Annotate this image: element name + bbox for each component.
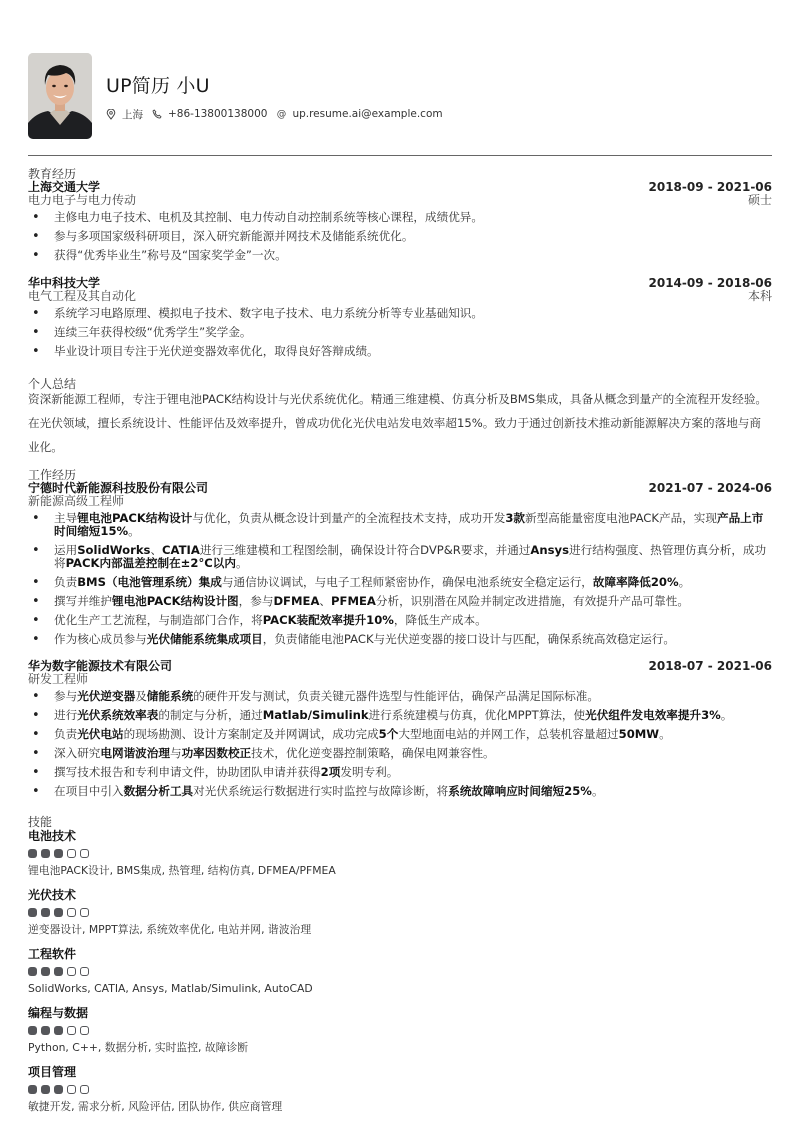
summary-text: 资深新能源工程师，专注于锂电池PACK结构设计与光伏系统优化。精通三维建模、仿真… <box>28 387 772 459</box>
skill-description: 逆变器设计, MPPT算法, 系统效率优化, 电站并网, 谐波治理 <box>28 923 772 936</box>
contact-phone[interactable]: +86-13800138000 <box>152 108 267 120</box>
skill-item: 项目管理敏捷开发, 需求分析, 风险评估, 团队协作, 供应商管理 <box>28 1065 772 1113</box>
bullet-item: 撰写技术报告和专利申请文件，协助团队申请并获得2项发明专利。 <box>28 766 772 779</box>
highlight-text: 光伏逆变器 <box>77 689 135 703</box>
bullet-list: 主修电力电子技术、电机及其控制、电力传动自动控制系统等核心课程，成绩优异。 参与… <box>28 211 772 262</box>
highlight-text: CATIA <box>162 543 200 557</box>
bullet-text: 、 <box>150 543 162 557</box>
bullet-item: 在项目中引入数据分析工具对光伏系统运行数据进行实时监控与故障诊断，将系统故障响应… <box>28 785 772 798</box>
education-entry: 华中科技大学 2014-09 - 2018-06 电气工程及其自动化 本科 系统… <box>28 277 772 364</box>
bullet-text: 进行三维建模和工程图绘制，确保设计符合DVP&R要求，并通过 <box>200 543 531 557</box>
date-range: 2021-07 - 2024-06 <box>649 482 773 495</box>
phone-text: +86-13800138000 <box>168 108 267 120</box>
bullet-text: ，降低生产成本。 <box>394 613 487 627</box>
bullet-text: 撰写并维护 <box>54 594 112 608</box>
highlight-text: 3款 <box>505 511 525 525</box>
bullet-text: 进行系统建模与仿真，优化MPPT算法，使 <box>369 708 586 722</box>
highlight-text: 2项 <box>321 765 341 779</box>
phone-icon <box>152 109 162 119</box>
bullet-item: 获得“优秀毕业生”称号及“国家奖学金”一次。 <box>28 249 772 262</box>
resume-header: UP简历 小U 上海 +86-13800138000 @ up.resume.a… <box>28 53 452 139</box>
bullet-item: 毕业设计项目专注于光伏逆变器效率优化，取得良好答辩成绩。 <box>28 345 772 358</box>
skill-name: 工程软件 <box>28 947 772 961</box>
highlight-text: 储能系统 <box>147 689 193 703</box>
bullet-text: 。 <box>659 727 671 741</box>
empty-dot-icon <box>80 908 89 917</box>
bullet-text: 。 <box>592 784 604 798</box>
bullet-text: 作为核心成员参与 <box>54 632 147 646</box>
skill-name: 编程与数据 <box>28 1006 772 1020</box>
bullet-text: 优化生产工艺流程，与制造部门合作，将 <box>54 613 263 627</box>
highlight-text: SolidWorks <box>77 543 150 557</box>
bullet-list: 系统学习电路原理、模拟电子技术、数字电子技术、电力系统分析等专业基础知识。 连续… <box>28 307 772 358</box>
highlight-text: 故障率降低20% <box>593 575 679 589</box>
filled-dot-icon <box>41 908 50 917</box>
job-title: 研发工程师 <box>28 673 88 686</box>
filled-dot-icon <box>28 1026 37 1035</box>
bullet-item: 撰写并维护锂电池PACK结构设计图，参与DFMEA、PFMEA分析，识别潜在风险… <box>28 595 772 608</box>
filled-dot-icon <box>41 1026 50 1035</box>
header-divider <box>28 155 772 156</box>
bullet-item: 负责BMS（电池管理系统）集成与通信协议调试，与电子工程师紧密协作，确保电池系统… <box>28 576 772 589</box>
highlight-text: Matlab/Simulink <box>263 708 369 722</box>
highlight-text: 光伏组件发电效率提升3% <box>585 708 721 722</box>
bullet-list: 主导锂电池PACK结构设计与优化，负责从概念设计到量产的全流程技术支持，成功开发… <box>28 512 772 646</box>
education-section: 教育经历 上海交通大学 2018-09 - 2021-06 电力电子与电力传动 … <box>28 167 772 268</box>
skill-name: 光伏技术 <box>28 888 772 902</box>
bullet-text: 技术，优化逆变器控制策略，确保电网兼容性。 <box>251 746 494 760</box>
bullet-item: 深入研究电网谐波治理与功率因数校正技术，优化逆变器控制策略，确保电网兼容性。 <box>28 747 772 760</box>
work-section: 工作经历 宁德时代新能源科技股份有限公司 2021-07 - 2024-06 新… <box>28 468 772 652</box>
bullet-text: 。 <box>236 556 248 570</box>
bullet-text: 负责 <box>54 727 77 741</box>
degree: 本科 <box>748 290 772 303</box>
bullet-text: 运用 <box>54 543 77 557</box>
empty-dot-icon <box>67 967 76 976</box>
bullet-text: 的硬件开发与测试，负责关键元器件选型与性能评估，确保产品满足国际标准。 <box>193 689 599 703</box>
bullet-item: 主修电力电子技术、电机及其控制、电力传动自动控制系统等核心课程，成绩优异。 <box>28 211 772 224</box>
filled-dot-icon <box>54 849 63 858</box>
job-title: 新能源高级工程师 <box>28 495 124 508</box>
email-text: up.resume.ai@example.com <box>292 108 442 120</box>
location-text: 上海 <box>122 107 143 122</box>
bullet-item: 优化生产工艺流程，与制造部门合作，将PACK装配效率提升10%，降低生产成本。 <box>28 614 772 627</box>
bullet-text: 。 <box>721 708 733 722</box>
skill-description: Python, C++, 数据分析, 实时监控, 故障诊断 <box>28 1041 772 1054</box>
bullet-item: 运用SolidWorks、CATIA进行三维建模和工程图绘制，确保设计符合DVP… <box>28 544 772 570</box>
education-entry: 上海交通大学 2018-09 - 2021-06 电力电子与电力传动 硕士 主修… <box>28 181 772 262</box>
bullet-item: 参与光伏逆变器及储能系统的硬件开发与测试，负责关键元器件选型与性能评估，确保产品… <box>28 690 772 703</box>
date-range: 2018-07 - 2021-06 <box>649 660 773 673</box>
empty-dot-icon <box>80 1026 89 1035</box>
bullet-text: 深入研究 <box>54 746 100 760</box>
contact-location: 上海 <box>106 107 143 122</box>
bullet-text: 及 <box>135 689 147 703</box>
bullet-text: 撰写技术报告和专利申请文件，协助团队申请并获得 <box>54 765 321 779</box>
at-icon: @ <box>276 109 286 119</box>
skill-level-rating <box>28 967 772 976</box>
empty-dot-icon <box>80 1085 89 1094</box>
skill-item: 电池技术锂电池PACK设计, BMS集成, 热管理, 结构仿真, DFMEA/P… <box>28 829 772 877</box>
bullet-item: 进行光伏系统效率表的制定与分析，通过Matlab/Simulink进行系统建模与… <box>28 709 772 722</box>
highlight-text: BMS（电池管理系统）集成 <box>77 575 222 589</box>
bullet-text: 发明专利。 <box>340 765 398 779</box>
bullet-text: 主导 <box>54 511 77 525</box>
skill-item: 工程软件SolidWorks, CATIA, Ansys, Matlab/Sim… <box>28 947 772 995</box>
major: 电气工程及其自动化 <box>28 290 136 303</box>
bullet-item: 主导锂电池PACK结构设计与优化，负责从概念设计到量产的全流程技术支持，成功开发… <box>28 512 772 538</box>
bullet-text: ，负责储能电池PACK与光伏逆变器的接口设计与匹配，确保系统高效稳定运行。 <box>263 632 675 646</box>
summary-section: 个人总结 资深新能源工程师，专注于锂电池PACK结构设计与光伏系统优化。精通三维… <box>28 377 772 459</box>
skill-level-rating <box>28 1026 772 1035</box>
contact-row: 上海 +86-13800138000 @ up.resume.ai@exampl… <box>106 107 452 122</box>
empty-dot-icon <box>67 849 76 858</box>
empty-dot-icon <box>80 967 89 976</box>
bullet-text: 与 <box>170 746 182 760</box>
bullet-text: ，参与 <box>239 594 274 608</box>
filled-dot-icon <box>41 1085 50 1094</box>
empty-dot-icon <box>80 849 89 858</box>
highlight-text: PACK装配效率提升10% <box>263 613 394 627</box>
highlight-text: 光伏电站 <box>77 727 123 741</box>
section-title-education: 教育经历 <box>28 167 772 181</box>
degree: 硕士 <box>748 194 772 207</box>
candidate-name: UP简历 小U <box>106 71 452 98</box>
skill-name: 电池技术 <box>28 829 772 843</box>
highlight-text: 功率因数校正 <box>182 746 252 760</box>
bullet-text: 新型高能量密度电池PACK产品，实现 <box>525 511 717 525</box>
bullet-text: 。 <box>128 524 140 538</box>
bullet-list: 参与光伏逆变器及储能系统的硬件开发与测试，负责关键元器件选型与性能评估，确保产品… <box>28 690 772 798</box>
bullet-item: 负责光伏电站的现场勘测、设计方案制定及并网调试，成功完成5个大型地面电站的并网工… <box>28 728 772 741</box>
filled-dot-icon <box>54 1026 63 1035</box>
bullet-text: 对光伏系统运行数据进行实时监控与故障诊断，将 <box>193 784 448 798</box>
highlight-text: 电网谐波治理 <box>100 746 170 760</box>
bullet-text: 、 <box>319 594 331 608</box>
bullet-text: 负责 <box>54 575 77 589</box>
skill-description: SolidWorks, CATIA, Ansys, Matlab/Simulin… <box>28 982 772 995</box>
highlight-text: Ansys <box>530 543 569 557</box>
filled-dot-icon <box>28 849 37 858</box>
bullet-text: 参与 <box>54 689 77 703</box>
bullet-text: 与优化，负责从概念设计到量产的全流程技术支持，成功开发 <box>192 511 505 525</box>
filled-dot-icon <box>28 1085 37 1094</box>
highlight-text: DFMEA <box>273 594 319 608</box>
empty-dot-icon <box>67 908 76 917</box>
highlight-text: PFMEA <box>331 594 376 608</box>
skills-list: 电池技术锂电池PACK设计, BMS集成, 热管理, 结构仿真, DFMEA/P… <box>28 829 772 1113</box>
filled-dot-icon <box>28 967 37 976</box>
filled-dot-icon <box>41 849 50 858</box>
bullet-text: 的现场勘测、设计方案制定及并网调试，成功完成 <box>124 727 379 741</box>
highlight-text: 锂电池PACK结构设计图 <box>112 594 239 608</box>
bullet-item: 参与多项国家级科研项目，深入研究新能源并网技术及储能系统优化。 <box>28 230 772 243</box>
bullet-text: 的制定与分析，通过 <box>158 708 262 722</box>
bullet-text: 进行 <box>54 708 77 722</box>
bullet-item: 连续三年获得校级“优秀学生”奖学金。 <box>28 326 772 339</box>
bullet-item: 作为核心成员参与光伏储能系统集成项目，负责储能电池PACK与光伏逆变器的接口设计… <box>28 633 772 646</box>
skill-level-rating <box>28 908 772 917</box>
bullet-text: 在项目中引入 <box>54 784 124 798</box>
highlight-text: 数据分析工具 <box>124 784 194 798</box>
empty-dot-icon <box>67 1085 76 1094</box>
highlight-text: 光伏储能系统集成项目 <box>147 632 263 646</box>
work-entry: 华为数字能源技术有限公司 2018-07 - 2021-06 研发工程师 参与光… <box>28 660 772 804</box>
skill-level-rating <box>28 1085 772 1094</box>
section-title-work: 工作经历 <box>28 468 772 482</box>
empty-dot-icon <box>67 1026 76 1035</box>
bullet-item: 系统学习电路原理、模拟电子技术、数字电子技术、电力系统分析等专业基础知识。 <box>28 307 772 320</box>
filled-dot-icon <box>54 967 63 976</box>
skill-item: 编程与数据Python, C++, 数据分析, 实时监控, 故障诊断 <box>28 1006 772 1054</box>
skills-section: 技能 电池技术锂电池PACK设计, BMS集成, 热管理, 结构仿真, DFME… <box>28 815 772 1124</box>
highlight-text: 系统故障响应时间缩短25% <box>448 784 592 798</box>
highlight-text: PACK内部温差控制在±2°C以内 <box>66 556 236 570</box>
highlight-text: 光伏系统效率表 <box>77 708 158 722</box>
skill-description: 锂电池PACK设计, BMS集成, 热管理, 结构仿真, DFMEA/PFMEA <box>28 864 772 877</box>
filled-dot-icon <box>54 908 63 917</box>
filled-dot-icon <box>54 1085 63 1094</box>
highlight-text: 5个 <box>379 727 399 741</box>
bullet-text: 。 <box>679 575 691 589</box>
map-pin-icon <box>106 109 116 119</box>
highlight-text: 锂电池PACK结构设计 <box>77 511 192 525</box>
filled-dot-icon <box>28 908 37 917</box>
bullet-text: 大型地面电站的并网工作，总装机容量超过 <box>398 727 618 741</box>
major: 电力电子与电力传动 <box>28 194 136 207</box>
highlight-text: 50MW <box>619 727 659 741</box>
contact-email[interactable]: @ up.resume.ai@example.com <box>276 108 442 120</box>
filled-dot-icon <box>41 967 50 976</box>
bullet-text: 与通信协议调试，与电子工程师紧密协作，确保电池系统安全稳定运行， <box>222 575 593 589</box>
skill-name: 项目管理 <box>28 1065 772 1079</box>
skill-item: 光伏技术逆变器设计, MPPT算法, 系统效率优化, 电站并网, 谐波治理 <box>28 888 772 936</box>
skill-description: 敏捷开发, 需求分析, 风险评估, 团队协作, 供应商管理 <box>28 1100 772 1113</box>
bullet-text: 分析，识别潜在风险并制定改进措施，有效提升产品可靠性。 <box>376 594 689 608</box>
avatar <box>28 53 92 139</box>
section-title-skills: 技能 <box>28 815 772 829</box>
skill-level-rating <box>28 849 772 858</box>
